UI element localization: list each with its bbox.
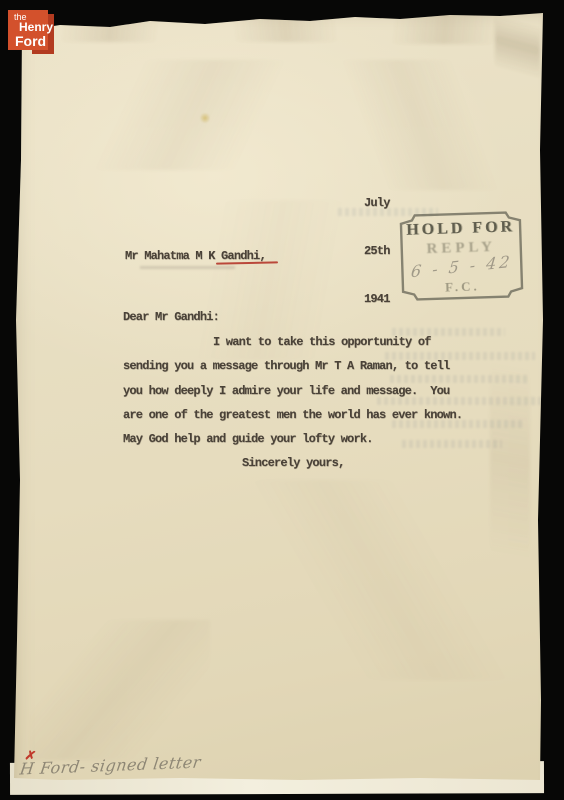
date-line: 1941 <box>364 291 402 307</box>
body-line: you how deeply I admire your life and me… <box>123 383 449 399</box>
body-line: I want to take this opportunity of <box>213 334 431 350</box>
pencil-smudge <box>140 266 235 269</box>
photo-backdrop: July 25th 1941 HOLD FOR REPLY 6 - 5 - 42… <box>0 0 564 800</box>
henry-ford-logo: the Henry Ford <box>8 9 56 55</box>
letter-date: July 25th 1941 <box>364 163 402 339</box>
paper-crease <box>490 300 530 620</box>
ink-ghost <box>402 440 502 448</box>
ink-ghost <box>390 375 530 383</box>
letter-paper: July 25th 1941 HOLD FOR REPLY 6 - 5 - 42… <box>0 0 564 800</box>
paper-crease <box>40 16 180 42</box>
salutation: Dear Mr Gandhi: <box>123 309 219 325</box>
body-line: are one of the greatest men the world ha… <box>123 407 462 423</box>
paper-crease <box>210 12 360 42</box>
body-line: sending you a message through Mr T A Ram… <box>123 358 449 374</box>
paper-crease <box>495 14 540 84</box>
recipient-prefix: Mr Mahatma M K <box>125 249 221 263</box>
paper-crease <box>370 10 520 44</box>
closing-line: Sincerely yours, <box>242 455 344 471</box>
paper-stain <box>200 112 210 124</box>
paper-crease <box>330 60 510 190</box>
paper-crease <box>30 620 210 760</box>
body-line: May God help and guide your lofty work. <box>123 431 373 447</box>
logo-text-ford: Ford <box>15 34 46 48</box>
hold-for-reply-stamp: HOLD FOR REPLY 6 - 5 - 42 F.C. <box>397 207 527 305</box>
red-underline-gandhi <box>216 261 278 264</box>
paper-crease <box>250 480 510 680</box>
paper-crease <box>70 60 310 170</box>
logo-text-henry: Henry <box>19 21 53 33</box>
